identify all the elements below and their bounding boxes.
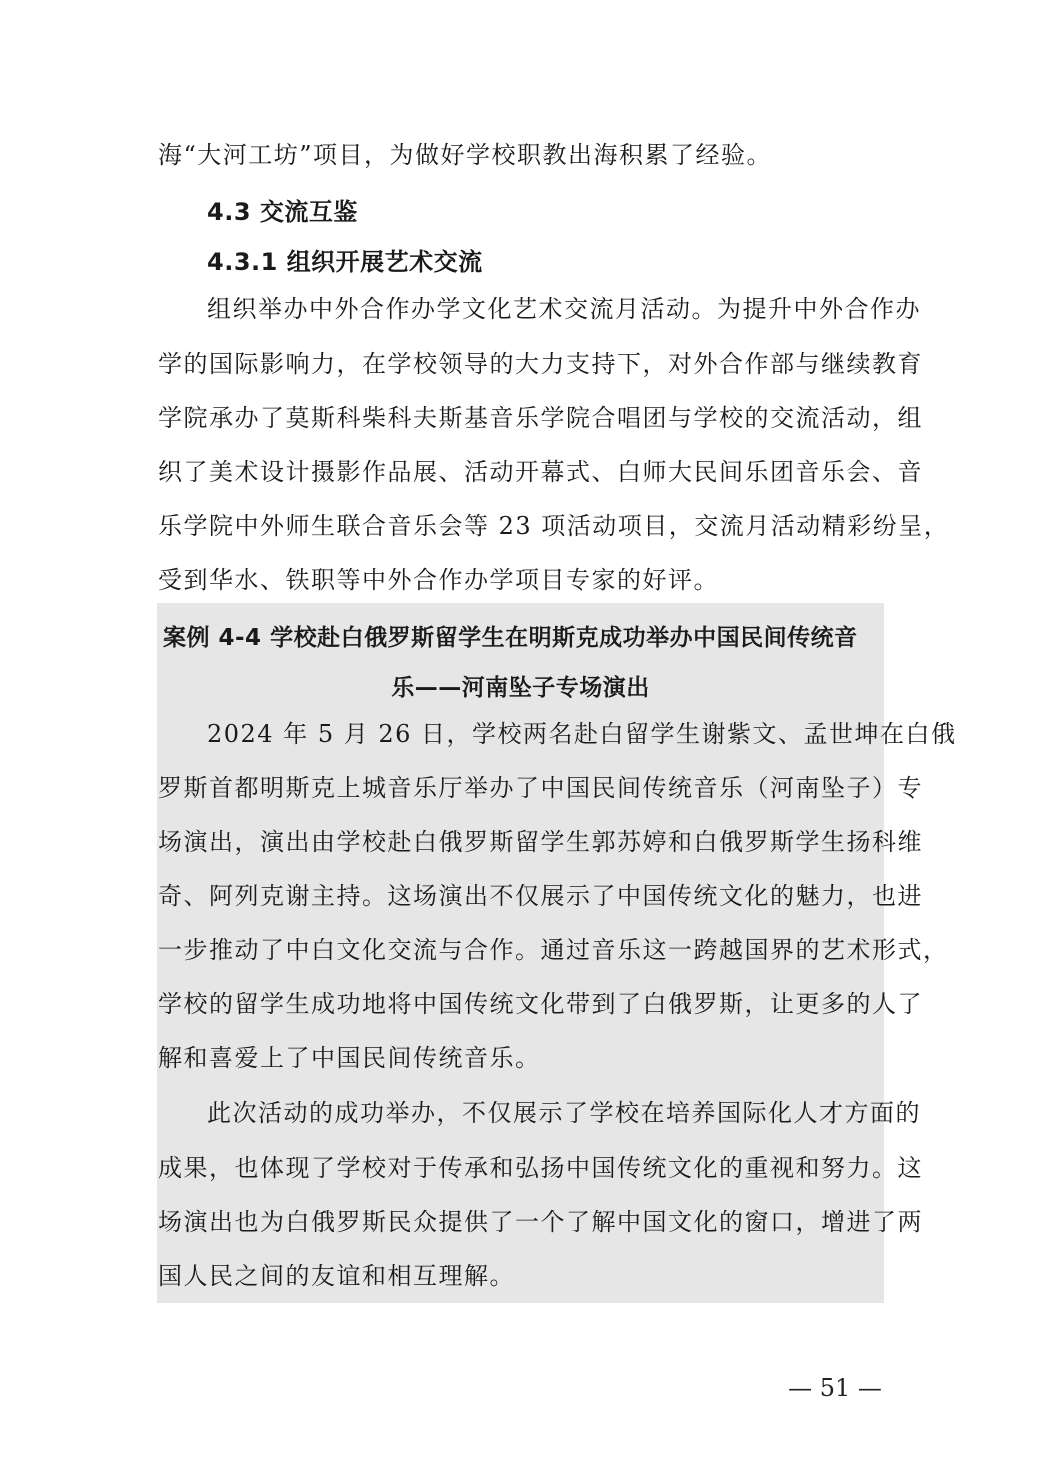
- body-line: 组织举办中外合作办学文化艺术交流月活动。为提升中外合作办: [207, 293, 933, 325]
- subsection-heading: 4.3.1 组织开展艺术交流: [207, 246, 933, 278]
- case-line: 场演出，演出由学校赴白俄罗斯留学生郭苏婷和白俄罗斯学生扬科维: [158, 826, 884, 858]
- case-line: 国人民之间的友谊和相互理解。: [158, 1260, 884, 1292]
- case-line: 成果，也体现了学校对于传承和弘扬中国传统文化的重视和努力。这: [158, 1152, 884, 1184]
- page-number: — 51 —: [780, 1372, 890, 1404]
- body-line: 学的国际影响力，在学校领导的大力支持下，对外合作部与继续教育: [158, 348, 884, 380]
- case-line: 奇、阿列克谢主持。这场演出不仅展示了中国传统文化的魅力，也进: [158, 880, 884, 912]
- body-line: 学院承办了莫斯科柴科夫斯基音乐学院合唱团与学校的交流活动，组: [158, 402, 884, 434]
- case-line: 一步推动了中白文化交流与合作。通过音乐这一跨越国界的艺术形式，: [158, 934, 884, 966]
- section-heading: 4.3 交流互鉴: [207, 196, 933, 228]
- case-line: 2024 年 5 月 26 日，学校两名赴白留学生谢紫文、孟世坤在白俄: [207, 718, 933, 750]
- intro-line: 海“大河工坊”项目，为做好学校职教出海积累了经验。: [158, 139, 884, 171]
- case-line: 学校的留学生成功地将中国传统文化带到了白俄罗斯，让更多的人了: [158, 988, 884, 1020]
- case-line: 此次活动的成功举办，不仅展示了学校在培养国际化人才方面的: [207, 1097, 933, 1129]
- case-line: 解和喜爱上了中国民间传统音乐。: [158, 1042, 884, 1074]
- document-page: 海“大河工坊”项目，为做好学校职教出海积累了经验。 4.3 交流互鉴 4.3.1…: [0, 0, 1041, 1472]
- body-line: 织了美术设计摄影作品展、活动开幕式、白师大民间乐团音乐会、音: [158, 456, 884, 488]
- body-line: 受到华水、铁职等中外合作办学项目专家的好评。: [158, 564, 884, 596]
- case-line: 场演出也为白俄罗斯民众提供了一个了解中国文化的窗口，增进了两: [158, 1206, 884, 1238]
- case-title-line-1: 案例 4-4 学校赴白俄罗斯留学生在明斯克成功举办中国民间传统音: [163, 622, 890, 654]
- case-title-line-2: 乐——河南坠子专场演出: [157, 672, 884, 704]
- body-line: 乐学院中外师生联合音乐会等 23 项活动项目，交流月活动精彩纷呈，: [158, 510, 884, 542]
- case-line: 罗斯首都明斯克上城音乐厅举办了中国民间传统音乐（河南坠子）专: [158, 772, 884, 804]
